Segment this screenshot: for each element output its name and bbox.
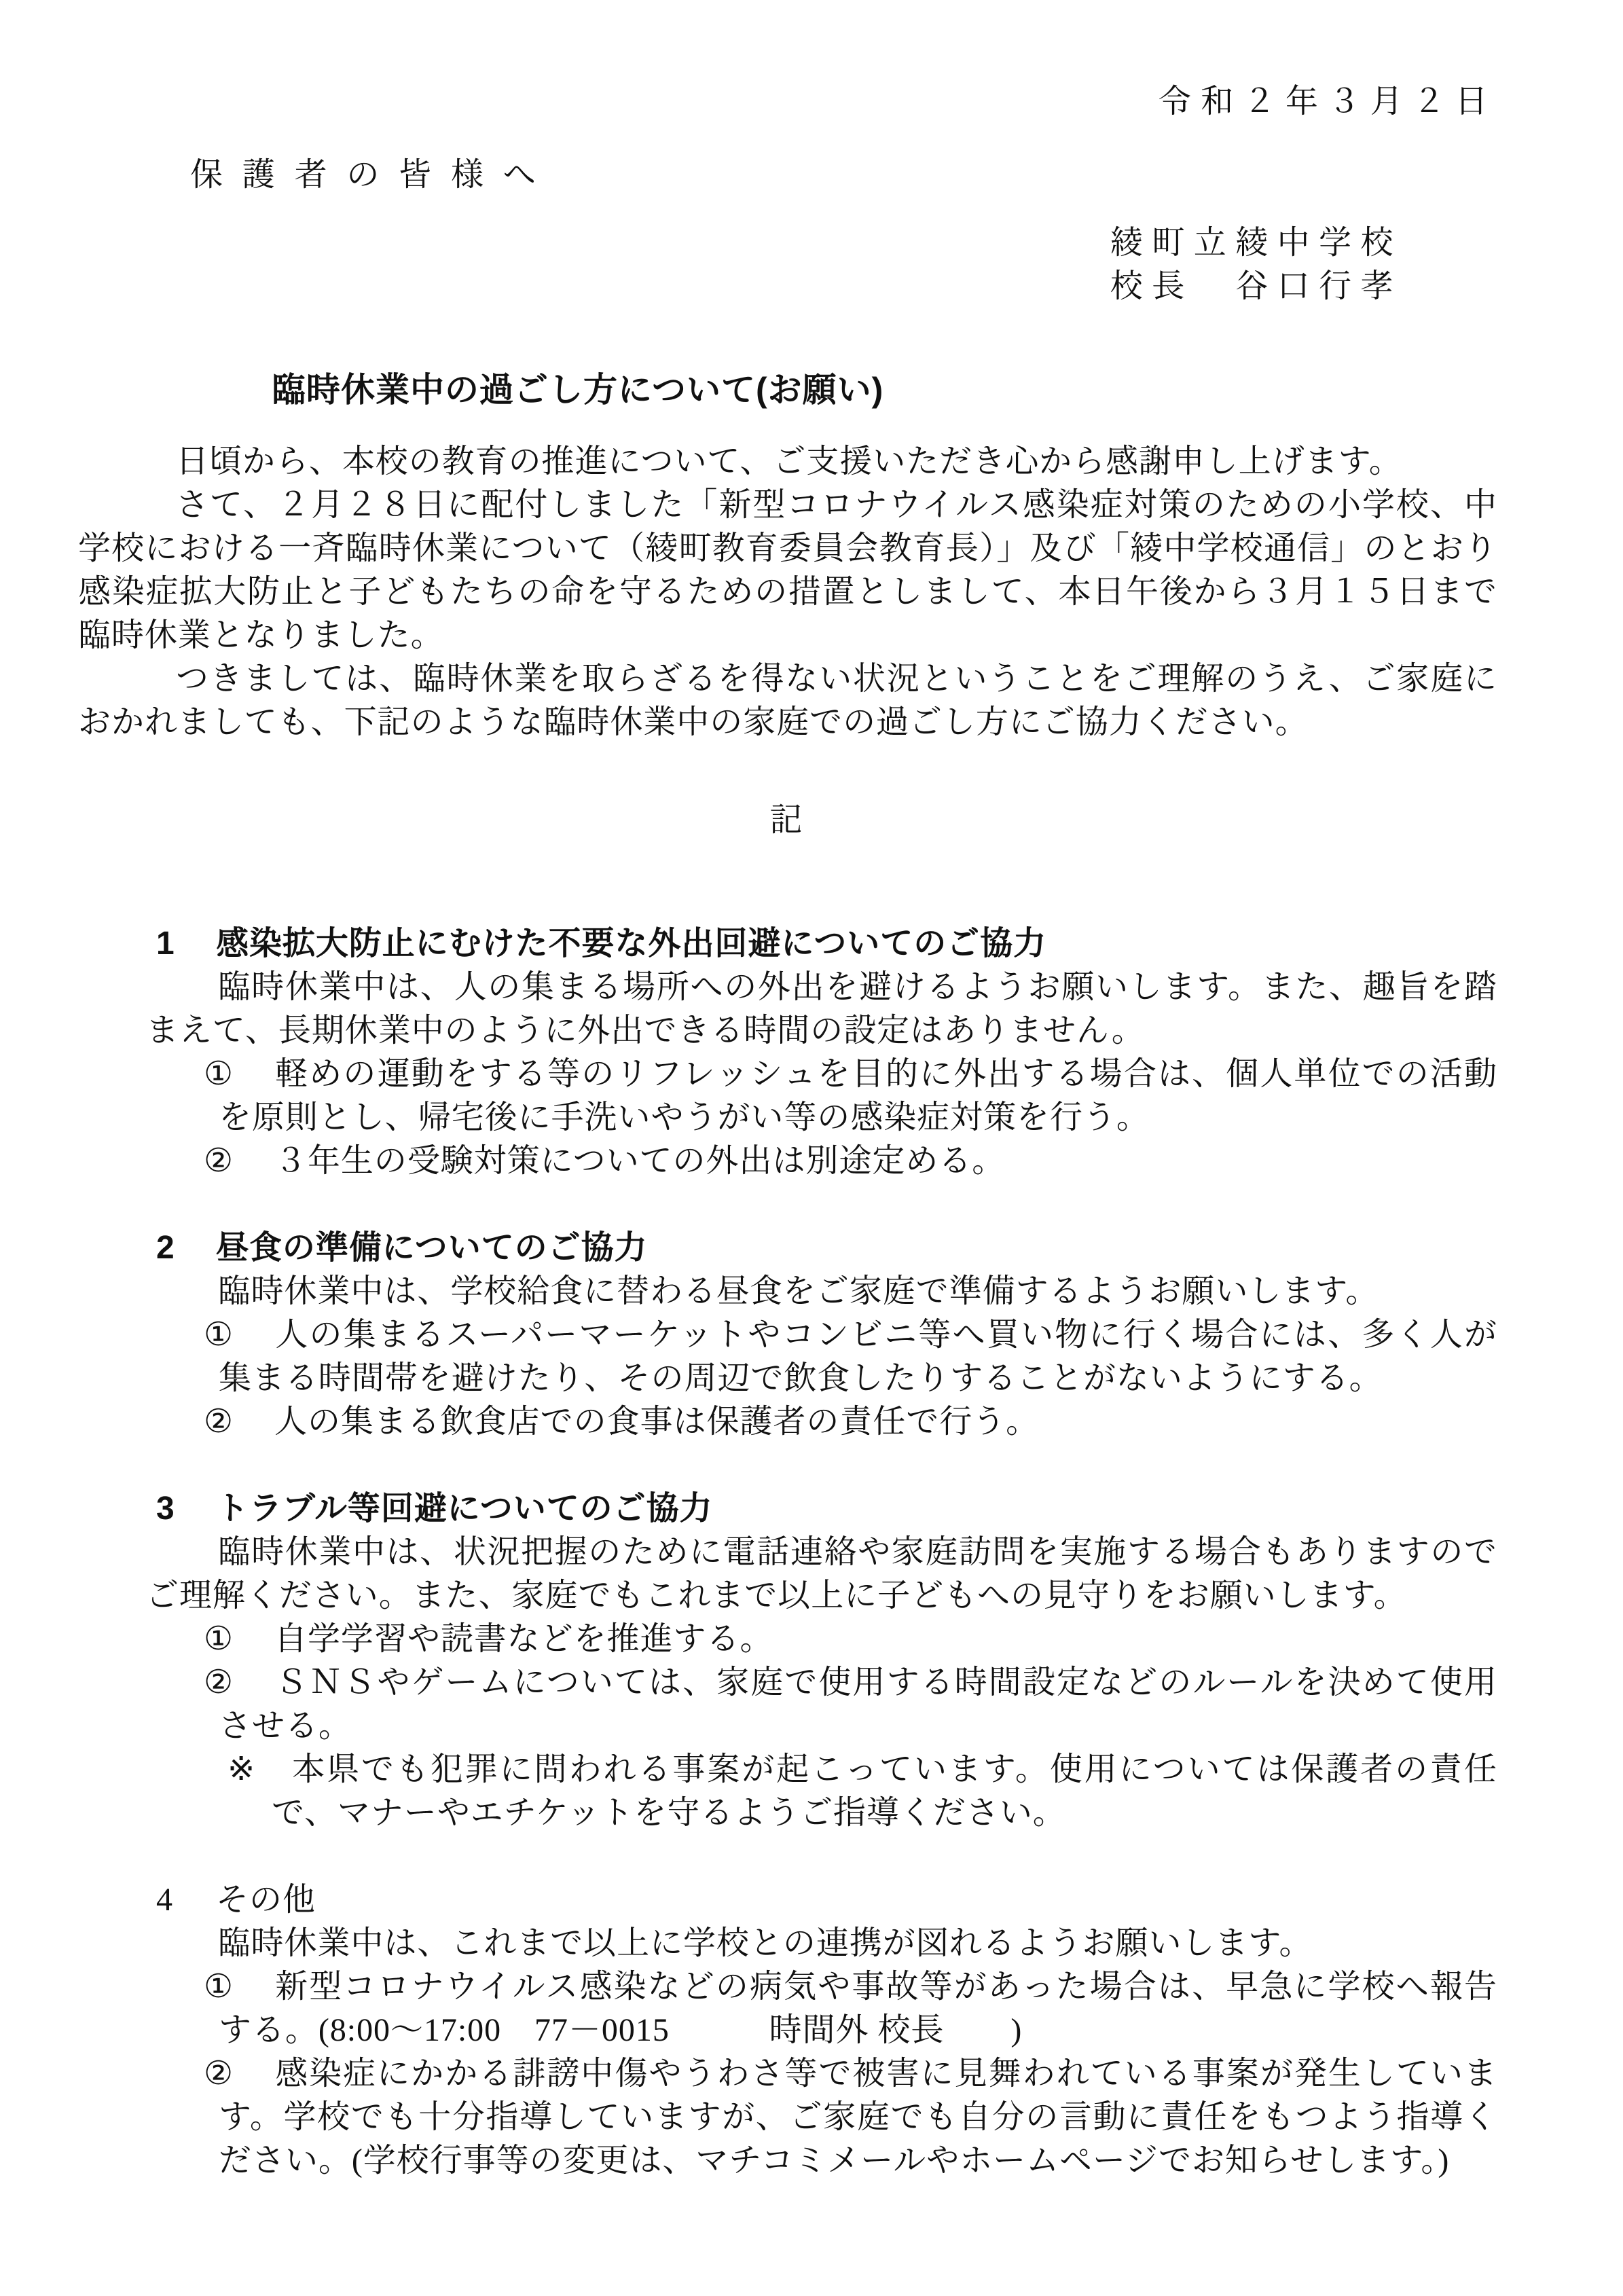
circled-two-marker: ② [204, 1143, 234, 1179]
section-4-item-2-text: 感染症にかかる誹謗中傷やうわさ等で被害に見舞われている事案が発生しています。学校… [219, 2056, 1497, 2179]
reference-mark: ※ [227, 1751, 257, 1787]
notation-ki: 記 [78, 799, 1497, 842]
section-3-item-1-text: 自学学習や読書などを推進する。 [274, 1621, 773, 1657]
intro-paragraph-3: つきましては、臨時休業を取らざるを得ない状況ということをご理解のうえ、ご家庭にお… [78, 657, 1497, 744]
section-1-item-1-text: 軽めの運動をする等のリフレッシュを目的に外出する場合は、個人単位での活動を原則と… [219, 1056, 1497, 1135]
section-1-item-1: ①軽めの運動をする等のリフレッシュを目的に外出する場合は、個人単位での活動を原則… [204, 1053, 1497, 1140]
circled-one-marker: ① [204, 1621, 234, 1657]
section-4-item-1-text: 新型コロナウイルス感染などの病気や事故等があった場合は、早急に学校へ報告する。(… [219, 1969, 1497, 2048]
section-1-heading: 1感染拡大防止にむけた不要な外出回避についてのご協力 [156, 922, 1497, 966]
section-2-item-1: ①人の集まるスーパーマーケットやコンビニ等へ買い物に行く場合には、多く人が集まる… [204, 1313, 1497, 1400]
section-3-body: 臨時休業中は、状況把握のために電話連絡や家庭訪問を実施する場合もありますのでご理… [146, 1531, 1497, 1618]
circled-two-marker: ② [204, 1404, 234, 1440]
section-3-item-2: ②ＳＮＳやゲームについては、家庭で使用する時間設定などのルールを決めて使用させる… [204, 1661, 1497, 1748]
section-4-number: 4 [156, 1878, 189, 1922]
section-2-item-2-text: 人の集まる飲食店での食事は保護者の責任で行う。 [274, 1404, 1039, 1440]
document-date: 令和２年３月２日 [78, 80, 1497, 124]
circled-one-marker: ① [204, 1969, 234, 2005]
recipient-line: 保護者の皆様へ [78, 153, 1497, 197]
section-4-title: その他 [216, 1882, 316, 1918]
section-2: 2昼食の準備についてのご協力 臨時休業中は、学校給食に替わる昼食をご家庭で準備す… [156, 1226, 1497, 1444]
section-4-heading: 4その他 [156, 1878, 1497, 1922]
section-4-item-1: ①新型コロナウイルス感染などの病気や事故等があった場合は、早急に学校へ報告する。… [204, 1965, 1497, 2052]
section-1-title: 感染拡大防止にむけた不要な外出回避についてのご協力 [216, 926, 1046, 962]
letter-page: 令和２年３月２日 保護者の皆様へ 綾町立綾中学校 校長 谷口行孝 臨時休業中の過… [0, 0, 1623, 2296]
circled-two-marker: ② [204, 1664, 234, 1700]
section-2-body: 臨時休業中は、学校給食に替わる昼食をご家庭で準備するようお願いします。 [146, 1270, 1497, 1313]
sender-principal: 校長 谷口行孝 [78, 265, 1402, 308]
section-1-item-2-text: ３年生の受験対策についての外出は別途定める。 [274, 1143, 1005, 1179]
section-3-item-1: ①自学学習や読書などを推進する。 [204, 1618, 1497, 1661]
section-3-heading: 3トラブル等回避についてのご協力 [156, 1487, 1497, 1531]
section-1-body: 臨時休業中は、人の集まる場所への外出を避けるようお願いします。また、趣旨を踏まえ… [146, 966, 1497, 1053]
section-1: 1感染拡大防止にむけた不要な外出回避についてのご協力 臨時休業中は、人の集まる場… [156, 922, 1497, 1183]
section-4-item-2: ②感染症にかかる誹謗中傷やうわさ等で被害に見舞われている事案が発生しています。学… [204, 2052, 1497, 2183]
intro-paragraph-2: さて、２月２８日に配付しました「新型コロナウイルス感染症対策のための小学校、中学… [78, 484, 1497, 657]
section-3: 3トラブル等回避についてのご協力 臨時休業中は、状況把握のために電話連絡や家庭訪… [156, 1487, 1497, 1835]
section-2-heading: 2昼食の準備についてのご協力 [156, 1226, 1497, 1270]
section-3-item-2-text: ＳＮＳやゲームについては、家庭で使用する時間設定などのルールを決めて使用させる。 [219, 1664, 1497, 1744]
section-2-title: 昼食の準備についてのご協力 [216, 1230, 648, 1266]
section-1-item-2: ②３年生の受験対策についての外出は別途定める。 [204, 1140, 1497, 1183]
sender-school: 綾町立綾中学校 [78, 221, 1402, 265]
section-2-item-1-text: 人の集まるスーパーマーケットやコンビニ等へ買い物に行く場合には、多く人が集まる時… [219, 1317, 1497, 1396]
section-4: 4その他 臨時休業中は、これまで以上に学校との連携が図れるようお願いします。 ①… [156, 1878, 1497, 2183]
section-3-title: トラブル等回避についてのご協力 [216, 1491, 713, 1527]
section-1-number: 1 [156, 922, 189, 966]
sender-block: 綾町立綾中学校 校長 谷口行孝 [78, 221, 1497, 308]
circled-one-marker: ① [204, 1317, 234, 1353]
section-3-note: ※本県でも犯罪に問われる事案が起こっています。使用については保護者の責任で、マナ… [227, 1748, 1497, 1835]
section-4-body: 臨時休業中は、これまで以上に学校との連携が図れるようお願いします。 [146, 1922, 1497, 1965]
section-2-item-2: ②人の集まる飲食店での食事は保護者の責任で行う。 [204, 1400, 1497, 1444]
intro-paragraphs: 日頃から、本校の教育の推進について、ご支援いただき心から感謝申し上げます。 さて… [78, 440, 1497, 744]
document-title: 臨時休業中の過ごし方について(お願い) [272, 368, 1497, 412]
section-3-number: 3 [156, 1487, 189, 1531]
section-2-number: 2 [156, 1226, 189, 1270]
circled-one-marker: ① [204, 1056, 234, 1092]
section-3-note-text: 本県でも犯罪に問われる事案が起こっています。使用については保護者の責任で、マナー… [272, 1751, 1497, 1831]
intro-paragraph-1: 日頃から、本校の教育の推進について、ご支援いただき心から感謝申し上げます。 [78, 440, 1497, 484]
circled-two-marker: ② [204, 2056, 234, 2092]
